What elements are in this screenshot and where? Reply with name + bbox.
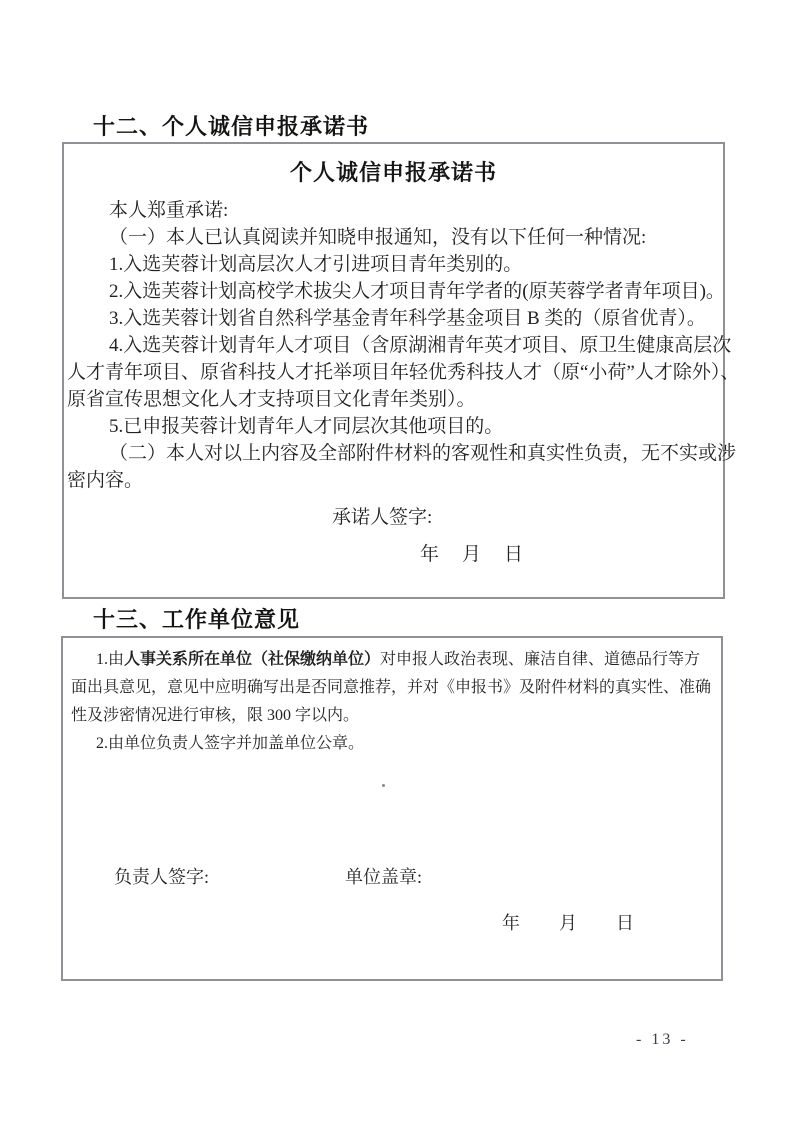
- unit-note-1-line-2: 面出具意见，意见中应明确写出是否同意推荐，并对《申报书》及附件材料的真实性、准确: [71, 674, 721, 702]
- commitment-item-4-line-1: 4.入选芙蓉计划青年人才项目（含原湖湘青年英才项目、原卫生健康高层次: [67, 332, 723, 359]
- commitment-item-4-line-2: 人才青年项目、原省科技人才托举项目年轻优秀科技人才（原“小荷”人才除外）、: [67, 359, 723, 386]
- commitment-clause-1: （一）本人已认真阅读并知晓申报通知，没有以下任何一种情况:: [67, 224, 723, 251]
- commitment-intro-line: 本人郑重承诺:: [67, 197, 723, 224]
- unit-seal-label: 单位盖章:: [345, 863, 422, 889]
- commitment-item-3: 3.入选芙蓉计划省自然科学基金青年科学基金项目 B 类的（原省优青）。: [67, 305, 723, 332]
- unit-head-signature-label: 负责人签字:: [114, 863, 209, 889]
- commitment-title: 个人诚信申报承诺书: [64, 156, 723, 187]
- commitment-body: 本人郑重承诺: （一）本人已认真阅读并知晓申报通知，没有以下任何一种情况: 1.…: [64, 197, 723, 494]
- unit-date-line: 年 月 日: [502, 909, 635, 935]
- promiser-signature-label: 承诺人签字:: [332, 502, 432, 529]
- commitment-item-2: 2.入选芙蓉计划高校学术拔尖人才项目青年学者的(原芙蓉学者青年项目)。: [67, 278, 723, 305]
- unit-note-1-line-1: 1.由人事关系所在单位（社保缴纳单位）对申报人政治表现、廉洁自律、道德品行等方: [71, 646, 721, 674]
- page-number: - 13 -: [636, 1031, 689, 1049]
- section-12-heading: 十二、个人诚信申报承诺书: [93, 110, 369, 141]
- section-13-heading: 十三、工作单位意见: [93, 603, 300, 634]
- commitment-clause-2-line-1: （二）本人对以上内容及全部附件材料的客观性和真实性负责，无不实或涉: [67, 440, 723, 467]
- commitment-item-1: 1.入选芙蓉计划高层次人才引进项目青年类别的。: [67, 251, 723, 278]
- commitment-box: 个人诚信申报承诺书 本人郑重承诺: （一）本人已认真阅读并知晓申报通知，没有以下…: [62, 142, 725, 599]
- commitment-item-4-line-3: 原省宣传思想文化人才支持项目文化青年类别）。: [67, 386, 723, 413]
- unit-note-1-line-3: 性及涉密情况进行审核，限 300 字以内。: [71, 702, 721, 730]
- scan-speck: [382, 784, 385, 787]
- unit-note-1-prefix: 1.由: [96, 651, 124, 668]
- commitment-clause-2-line-2: 密内容。: [67, 467, 723, 494]
- unit-note-1-bold: 人事关系所在单位（社保缴纳单位）: [124, 651, 380, 668]
- unit-instructions: 1.由人事关系所在单位（社保缴纳单位）对申报人政治表现、廉洁自律、道德品行等方 …: [63, 646, 721, 758]
- commitment-date-line: 年 月 日: [420, 539, 525, 566]
- commitment-item-5: 5.已申报芙蓉计划青年人才同层次其他项目的。: [67, 413, 723, 440]
- work-unit-opinion-box: 1.由人事关系所在单位（社保缴纳单位）对申报人政治表现、廉洁自律、道德品行等方 …: [61, 636, 723, 981]
- unit-note-1-rest: 对申报人政治表现、廉洁自律、道德品行等方: [380, 651, 700, 668]
- unit-note-2: 2.由单位负责人签字并加盖单位公章。: [71, 730, 721, 758]
- document-page: 十二、个人诚信申报承诺书 个人诚信申报承诺书 本人郑重承诺: （一）本人已认真阅…: [0, 0, 793, 1123]
